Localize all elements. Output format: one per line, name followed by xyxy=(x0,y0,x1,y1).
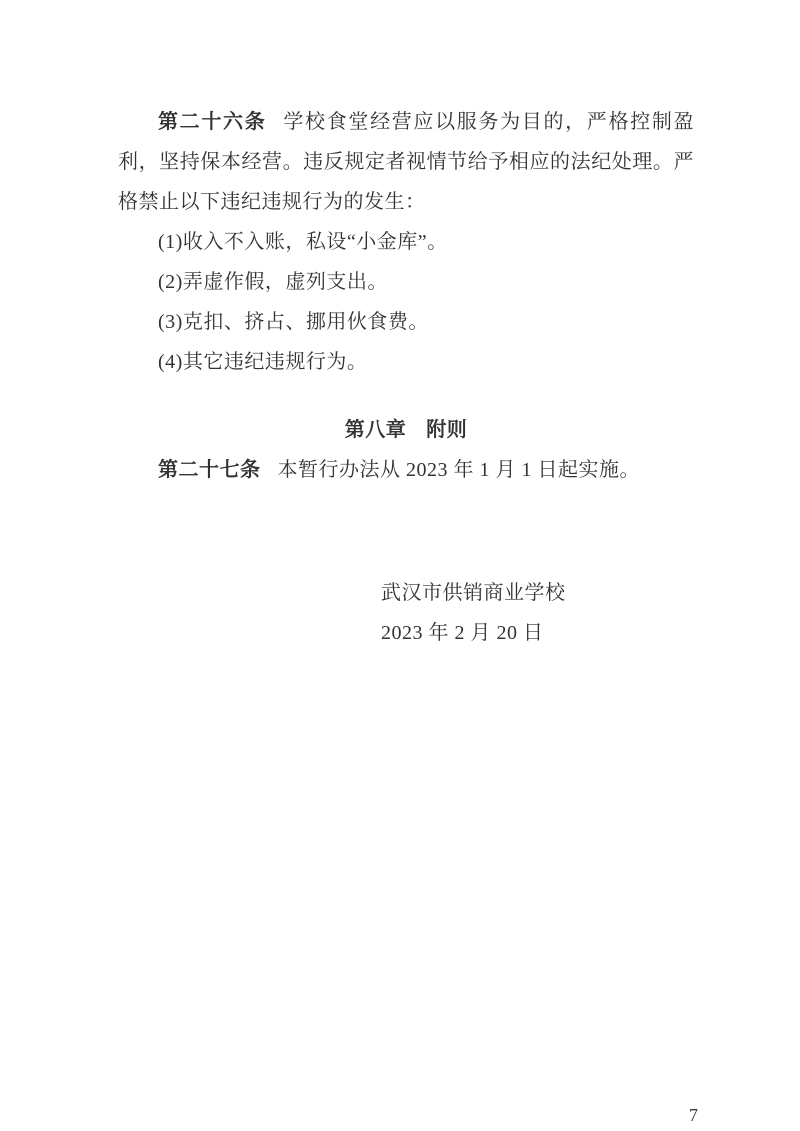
article-26-line-1: 第二十六条学校食堂经营应以服务为目的，严格控制盈 xyxy=(118,102,694,142)
signature-date: 2023 年 2 月 20 日 xyxy=(381,613,701,653)
article-26-term: 第二十六条 xyxy=(158,111,266,133)
signature-block: 武汉市供销商业学校 2023 年 2 月 20 日 xyxy=(381,573,701,653)
article-27-term: 第二十七条 xyxy=(158,459,261,481)
list-item-1: (1)收入不入账，私设“小金库”。 xyxy=(118,222,694,262)
chapter-number: 第八章 xyxy=(345,419,407,441)
article-27-text: 本暂行办法从 2023 年 1 月 1 日起实施。 xyxy=(278,459,641,481)
list-item-4: (4)其它违纪违规行为。 xyxy=(118,342,694,382)
article-26-line-1-text: 学校食堂经营应以服务为目的，严格控制盈 xyxy=(283,111,694,133)
list-item-3: (3)克扣、挤占、挪用伙食费。 xyxy=(118,302,694,342)
chapter-heading: 第八章附则 xyxy=(118,410,694,450)
document-body: 第二十六条学校食堂经营应以服务为目的，严格控制盈 利，坚持保本经营。违反规定者视… xyxy=(118,102,694,653)
document-page: 第二十六条学校食堂经营应以服务为目的，严格控制盈 利，坚持保本经营。违反规定者视… xyxy=(0,0,800,1131)
page-number: 7 xyxy=(689,1104,698,1126)
article-27-line: 第二十七条本暂行办法从 2023 年 1 月 1 日起实施。 xyxy=(118,450,694,490)
article-26-line-2: 利，坚持保本经营。违反规定者视情节给予相应的法纪处理。严 xyxy=(118,142,694,182)
article-26-line-3: 格禁止以下违纪违规行为的发生： xyxy=(118,182,694,222)
signature-organization: 武汉市供销商业学校 xyxy=(381,573,701,613)
chapter-title: 附则 xyxy=(426,419,467,441)
list-item-2: (2)弄虚作假，虚列支出。 xyxy=(118,262,694,302)
